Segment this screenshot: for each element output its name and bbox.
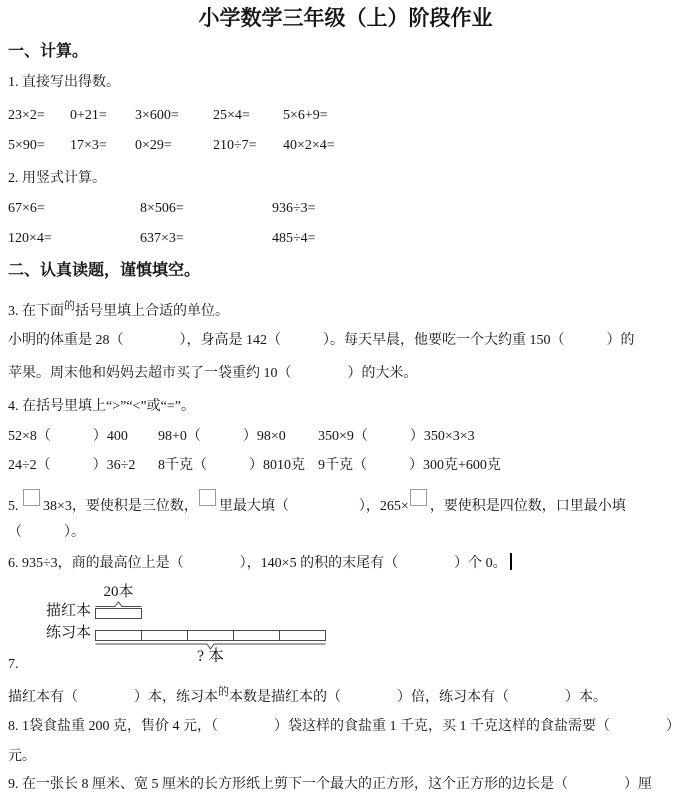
blank-square xyxy=(410,489,427,506)
superscript-text: 的 xyxy=(218,686,229,698)
q5-text-line-2: （ ）。 xyxy=(8,523,687,543)
q4-label: 4. 在括号里填上“>”“<”或“=”。 xyxy=(8,397,687,417)
compare-expression: 98+0（ ）98×0 xyxy=(158,427,318,447)
q3-text-line-1: 小明的体重是 28（ ），身高是 142（ ）。每天早晨，他要吃一个大约重 15… xyxy=(8,331,687,351)
compare-expression: 9千克（ ）300克+600克 xyxy=(318,456,501,476)
q8-text-line-1: 8. 1袋食盐重 200 克，售价 4 元，（ ）袋这样的食盐重 1 千克，买 … xyxy=(8,717,687,737)
compare-expression: 350×9（ ）350×3×3 xyxy=(318,427,475,447)
exercise-bar-label: 练习本 xyxy=(46,624,91,642)
calc-expression: 17×3= xyxy=(70,136,135,156)
q2-label: 2. 用竖式计算。 xyxy=(8,169,687,189)
bar-segment xyxy=(280,631,325,640)
q5-text: ，要使积是四位数，口里最小填 xyxy=(430,499,626,514)
calc-expression: 0×29= xyxy=(135,136,213,156)
overbrace xyxy=(95,601,142,608)
compare-expression: 24÷2（ ）36÷2 xyxy=(8,456,158,476)
q5-text: 5. xyxy=(8,499,22,514)
superscript-text: 的 xyxy=(64,300,75,312)
calc-expression: 8×506= xyxy=(140,199,272,219)
section-2-heading: 二、认真读题，谨慎填空。 xyxy=(8,261,687,281)
q6-text: 6. 935÷3，商的最高位上是（ ），140×5 的积的末尾有（ ）个 0。 xyxy=(8,556,507,571)
page-title: 小学数学三年级（上）阶段作业 xyxy=(0,5,691,31)
calc-expression: 485÷4= xyxy=(272,229,316,249)
q5-text-line-1: 5. 38×3，要使积是三位数，里最大填（ ），265×，要使积是四位数，口里最… xyxy=(8,489,687,517)
calc-expression: 637×3= xyxy=(140,229,272,249)
q1-label: 1. 直接写出得数。 xyxy=(8,73,687,93)
tracing-bar xyxy=(95,608,142,619)
q1-row-2: 5×90= 17×3= 0×29= 210÷7= 40×2×4= xyxy=(8,136,687,156)
q9-text-line: 9. 在一张长 8 厘米、宽 5 厘米的长方形纸上剪下一个最大的正方形，这个正方… xyxy=(8,775,687,794)
compare-expression: 52×8（ ）400 xyxy=(8,427,158,447)
calc-expression: 25×4= xyxy=(213,106,283,126)
q8-text-line-2: 元。 xyxy=(8,747,687,767)
q3-label-text: 3. 在下面 xyxy=(8,304,64,319)
q7-text: 描红本有（ ）本，练习本 xyxy=(8,690,218,705)
q4-row-1: 52×8（ ）400 98+0（ ）98×0 350×9（ ）350×3×3 xyxy=(8,427,687,447)
q3-label: 3. 在下面的括号里填上合适的单位。 xyxy=(8,296,687,322)
bar-segment xyxy=(142,631,188,640)
calc-expression: 23×2= xyxy=(8,106,70,126)
q7-text: 本数是描红本的（ ）倍，练习本有（ ）本。 xyxy=(229,690,607,705)
document-page[interactable]: 小学数学三年级（上）阶段作业 一、计算。 1. 直接写出得数。 23×2= 0+… xyxy=(0,0,691,794)
tracing-bar-label: 描红本 xyxy=(46,602,91,620)
bar-segment xyxy=(188,631,234,640)
calc-expression: 0+21= xyxy=(70,106,135,126)
q2-row-1: 67×6= 8×506= 936÷3= xyxy=(8,199,687,219)
compare-expression: 8千克（ ）8010克 xyxy=(158,456,318,476)
blank-square xyxy=(23,489,40,506)
calc-expression: 40×2×4= xyxy=(283,136,335,156)
q3-text-line-2: 苹果。周末他和妈妈去超市买了一袋重约 10（ ）的大米。 xyxy=(8,364,687,384)
text-cursor xyxy=(510,553,512,570)
q7-number: 7. xyxy=(8,655,687,675)
calc-expression: 67×6= xyxy=(8,199,140,219)
q1-row-1: 23×2= 0+21= 3×600= 25×4= 5×6+9= xyxy=(8,106,687,126)
calc-expression: 5×6+9= xyxy=(283,106,328,126)
bar-segment xyxy=(234,631,280,640)
q5-text: 38×3，要使积是三位数， xyxy=(43,499,198,514)
q7-text-line: 描红本有（ ）本，练习本的本数是描红本的（ ）倍，练习本有（ ）本。 xyxy=(8,682,687,708)
section-1-heading: 一、计算。 xyxy=(8,42,687,62)
calc-expression: 936÷3= xyxy=(272,199,316,219)
calc-expression: 5×90= xyxy=(8,136,70,156)
q4-row-2: 24÷2（ ）36÷2 8千克（ ）8010克 9千克（ ）300克+600克 xyxy=(8,456,687,476)
diagram-count-label: 20本 xyxy=(95,583,142,601)
calc-expression: 120×4= xyxy=(8,229,140,249)
calc-expression: 210÷7= xyxy=(213,136,283,156)
q6-text-line: 6. 935÷3，商的最高位上是（ ），140×5 的积的末尾有（ ）个 0。 xyxy=(8,553,687,574)
bar-segment xyxy=(96,631,142,640)
calc-expression: 3×600= xyxy=(135,106,213,126)
q5-text: 里最大填（ ），265× xyxy=(219,499,409,514)
q2-row-2: 120×4= 637×3= 485÷4= xyxy=(8,229,687,249)
blank-square xyxy=(199,489,216,506)
exercise-bar xyxy=(95,630,326,641)
q3-label-text: 括号里填上合适的单位。 xyxy=(75,304,229,319)
